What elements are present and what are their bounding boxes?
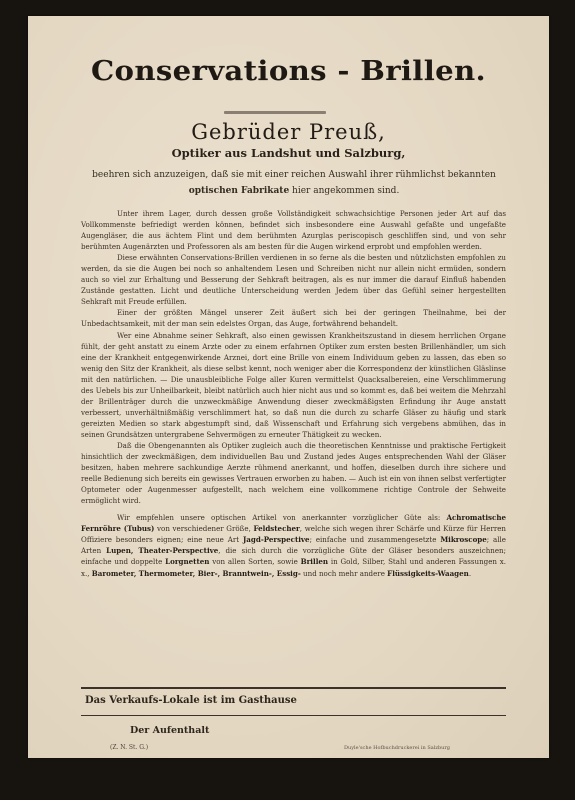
title-divider [224, 111, 326, 114]
product-name: Lupen, Theater-Perspective [106, 546, 218, 555]
text: von verschiedener Größe, [154, 524, 253, 533]
product-name: Mikroscope [440, 535, 486, 544]
body-text: Unter ihrem Lager, durch dessen große Vo… [81, 208, 506, 579]
product-name: Brillen [301, 557, 329, 566]
poster-sheet: Conservations - Brillen. Gebrüder Preuß,… [28, 16, 549, 758]
paragraph: Daß die Obengenannten als Optiker zuglei… [81, 440, 506, 506]
products-paragraph: Wir empfehlen unsere optischen Artikel v… [81, 512, 506, 578]
poster-title: Conservations - Brillen. [7, 56, 570, 87]
product-name: Lorgnetten [165, 557, 209, 566]
printer-imprint: Duyle'sche Hofbuchdruckerei in Salzburg [344, 745, 450, 751]
product-name: Jagd-Perspective [243, 535, 310, 544]
paragraph: Einer der größten Mängel unserer Zeit äu… [81, 307, 506, 329]
product-name: Feldstecher [253, 524, 299, 533]
footer-rule-top [81, 687, 506, 689]
firm-name: Gebrüder Preuß, [28, 120, 549, 144]
firm-subtitle: Optiker aus Landshut und Salzburg, [28, 146, 549, 160]
text: ; einfache und zusammengesetzte [310, 535, 441, 544]
sales-location: Das Verkaufs-Lokale ist im Gasthause [85, 695, 297, 706]
text: . [469, 569, 471, 578]
intro-line-2: hier angekommen sind. [289, 186, 399, 196]
paragraph: Diese erwähnten Conservations-Brillen ve… [81, 252, 506, 307]
text: Wir empfehlen unsere optischen Artikel v… [117, 513, 446, 522]
signature-code: (Z. N. St. G.) [110, 744, 148, 751]
intro-text: beehren sich anzuzeigen, daß sie mit ein… [84, 167, 504, 199]
text: und noch mehr andere [301, 569, 387, 578]
footer-rule-bottom [81, 715, 506, 716]
intro-bold: optischen Fabrikate [189, 186, 290, 196]
paragraph: Wer eine Abnahme seiner Sehkraft, also e… [81, 330, 506, 440]
text: von allen Sorten, sowie [209, 557, 300, 566]
product-name: Barometer, Thermometer, Bier-, Branntwei… [92, 569, 301, 578]
product-name: Flüssigkeits-Waagen [387, 569, 469, 578]
intro-line-1: beehren sich anzuzeigen, daß sie mit ein… [92, 170, 496, 180]
paragraph: Unter ihrem Lager, durch dessen große Vo… [81, 208, 506, 252]
stay-label: Der Aufenthalt [130, 725, 209, 736]
